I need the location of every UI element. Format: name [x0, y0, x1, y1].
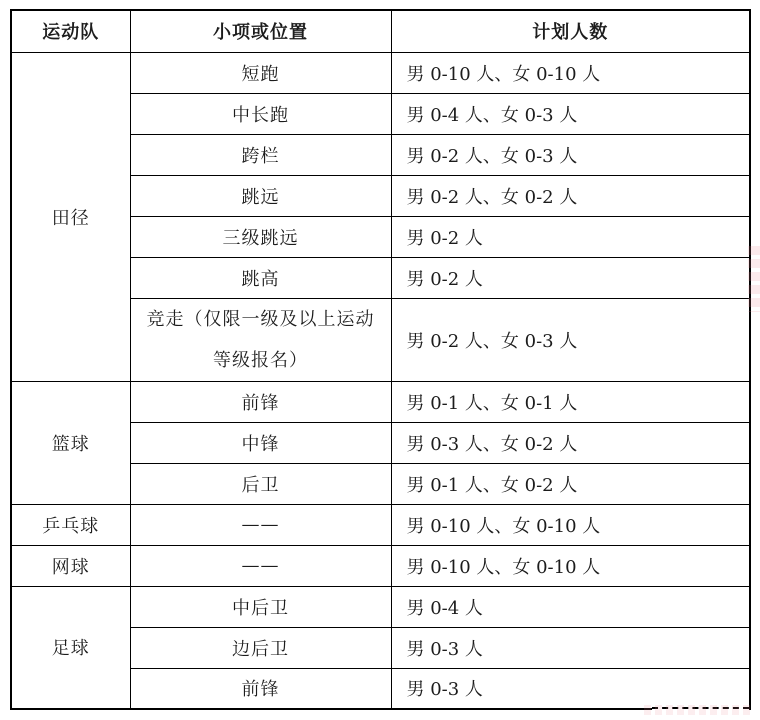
event-cell: 中长跑	[130, 93, 391, 134]
column-header-quota: 计划人数	[391, 10, 750, 52]
column-header-event: 小项或位置	[130, 10, 391, 52]
event-cell: 前锋	[130, 381, 391, 422]
document-page: 运动队 小项或位置 计划人数 田径短跑男 0-10 人、女 0-10 人中长跑男…	[0, 0, 760, 720]
team-cell: 网球	[11, 545, 130, 586]
team-cell: 田径	[11, 52, 130, 381]
table-body: 田径短跑男 0-10 人、女 0-10 人中长跑男 0-4 人、女 0-3 人跨…	[11, 52, 750, 709]
recruitment-plan-table: 运动队 小项或位置 计划人数 田径短跑男 0-10 人、女 0-10 人中长跑男…	[10, 9, 751, 710]
quota-cell: 男 0-4 人	[391, 586, 750, 627]
team-cell: 乒乓球	[11, 504, 130, 545]
header-row: 运动队 小项或位置 计划人数	[11, 10, 750, 52]
quota-cell: 男 0-1 人、女 0-2 人	[391, 463, 750, 504]
quota-cell: 男 0-3 人	[391, 627, 750, 668]
table-row: 足球中后卫男 0-4 人	[11, 586, 750, 627]
quota-cell: 男 0-4 人、女 0-3 人	[391, 93, 750, 134]
event-cell: 中锋	[130, 422, 391, 463]
event-cell: 跨栏	[130, 134, 391, 175]
table-row: 乒乓球——男 0-10 人、女 0-10 人	[11, 504, 750, 545]
table-row: 篮球前锋男 0-1 人、女 0-1 人	[11, 381, 750, 422]
column-header-team: 运动队	[11, 10, 130, 52]
table-row: 网球——男 0-10 人、女 0-10 人	[11, 545, 750, 586]
table-wrapper: 运动队 小项或位置 计划人数 田径短跑男 0-10 人、女 0-10 人中长跑男…	[10, 9, 750, 710]
event-cell: 竞走（仅限一级及以上运动等级报名）	[130, 298, 391, 381]
event-cell: ——	[130, 545, 391, 586]
event-cell: 中后卫	[130, 586, 391, 627]
table-row: 田径短跑男 0-10 人、女 0-10 人	[11, 52, 750, 93]
event-cell: 短跑	[130, 52, 391, 93]
event-cell: ——	[130, 504, 391, 545]
quota-cell: 男 0-10 人、女 0-10 人	[391, 545, 750, 586]
quota-cell: 男 0-1 人、女 0-1 人	[391, 381, 750, 422]
quota-cell: 男 0-2 人、女 0-3 人	[391, 134, 750, 175]
quota-cell: 男 0-2 人	[391, 257, 750, 298]
quota-cell: 男 0-2 人、女 0-3 人	[391, 298, 750, 381]
event-cell: 三级跳远	[130, 216, 391, 257]
quota-cell: 男 0-2 人	[391, 216, 750, 257]
event-cell: 前锋	[130, 668, 391, 709]
event-cell: 边后卫	[130, 627, 391, 668]
quota-cell: 男 0-3 人	[391, 668, 750, 709]
quota-cell: 男 0-3 人、女 0-2 人	[391, 422, 750, 463]
quota-cell: 男 0-10 人、女 0-10 人	[391, 504, 750, 545]
team-cell: 足球	[11, 586, 130, 709]
quota-cell: 男 0-2 人、女 0-2 人	[391, 175, 750, 216]
team-cell: 篮球	[11, 381, 130, 504]
event-cell: 跳远	[130, 175, 391, 216]
quota-cell: 男 0-10 人、女 0-10 人	[391, 52, 750, 93]
event-cell: 后卫	[130, 463, 391, 504]
event-cell: 跳高	[130, 257, 391, 298]
